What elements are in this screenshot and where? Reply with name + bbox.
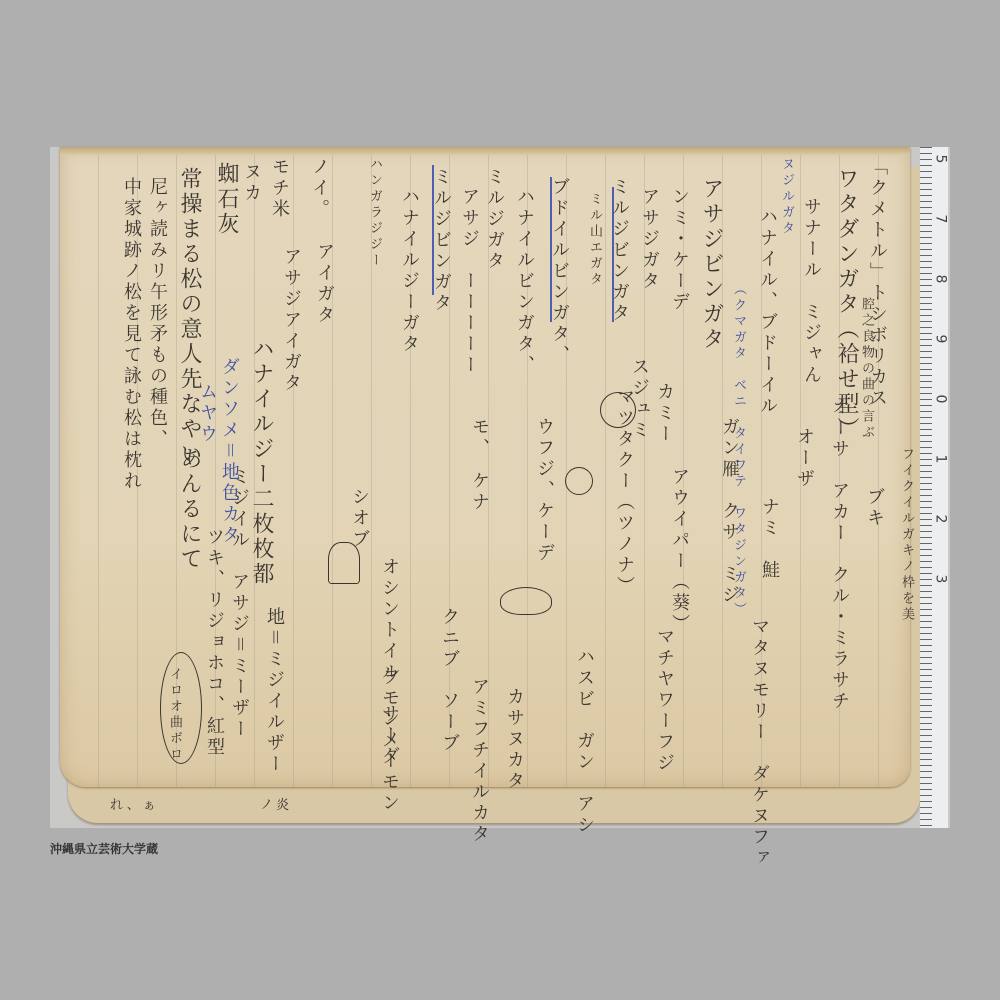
ruler-mark: 3 — [933, 575, 949, 584]
handwritten-column: ガン雁 クサ ミジ — [720, 417, 738, 606]
handwritten-column: 尼ヶ読みリ午形矛もの種色、 — [148, 177, 166, 450]
handwritten-column: イロオ曲ボロ — [168, 667, 181, 763]
ruler-mark: 2 — [933, 515, 949, 524]
notebook-page: 「クメトル」トシボリカスワタダンガタ（袷せ型）腔之良物の曲の言ぶサナール ミジャ… — [60, 147, 910, 787]
handwritten-column: カミー — [655, 382, 673, 445]
page-top-edge — [60, 147, 910, 155]
handwritten-column: クニブ ソーブ — [440, 607, 458, 754]
handwritten-column: モ、 ケナ — [470, 417, 488, 513]
handwritten-column: アサジアイガタ — [282, 247, 300, 394]
handwritten-column: オーザ — [795, 427, 813, 490]
handwritten-column: ハナイル、ブドーイル — [758, 207, 776, 417]
measurement-ruler: 57890123 — [920, 147, 948, 828]
handwritten-column: ハナイルジー二枚枚都 — [250, 337, 272, 587]
handwritten-column: アサジ ーーーーー — [460, 187, 478, 376]
handwritten-column: ブドイルビンガタ、 — [550, 177, 568, 366]
handwritten-column: サナール ミジャん — [802, 197, 820, 386]
bottom-note: れ、ぁ — [110, 799, 159, 812]
handwritten-column: ミルジビンガタ — [610, 177, 628, 324]
handwritten-column: アイガタ — [315, 242, 333, 326]
handwritten-column: ヌカ — [242, 162, 260, 204]
collection-credit: 沖縄県立芸術大学蔵 — [50, 840, 158, 857]
handwritten-column: ナミ 鮭 — [760, 497, 778, 581]
ruler-mark: 0 — [933, 395, 949, 404]
ruler-mark: 5 — [933, 155, 949, 164]
handwritten-column: 常操まる松の意人先なやい — [178, 167, 200, 467]
handwritten-column: オーサ アカー クル・ミラサチ — [830, 397, 848, 712]
handwritten-column: アサジビンガタ — [700, 177, 722, 352]
handwritten-column: ハンガラジジー — [368, 157, 381, 269]
ruler-mark: 8 — [933, 275, 949, 284]
handwritten-column: ヌジルガタ — [780, 157, 793, 237]
handwritten-column: マタヌモリー ダケヌファ — [750, 617, 768, 869]
handwritten-column: アウイパー（葵） — [670, 467, 688, 635]
handwritten-column: ハナイルビンガタ、 — [515, 187, 533, 376]
handwritten-column: ミジイル アサジ＝ミーザー — [230, 467, 248, 740]
handwritten-column: 中家城跡ノ松を見て詠む松は枕れ — [122, 177, 140, 492]
handwritten-column: カサヌカタ — [505, 687, 523, 792]
handwritten-column: アミフチイルカタ — [470, 677, 488, 845]
handwritten-column: ツキ、リジョホコ、紅型 — [205, 527, 223, 758]
handwritten-column: ミルジビンガタ — [432, 167, 450, 314]
handwritten-column: ハナイルジーガタ — [400, 187, 418, 355]
notebook-photograph: 「クメトル」トシボリカスワタダンガタ（袷せ型）腔之良物の曲の言ぶサナール ミジャ… — [50, 147, 950, 828]
handwritten-column: 腔之良物の曲の言ぶ — [860, 297, 873, 441]
handwritten-column: 地＝ミジイルザー — [265, 607, 283, 775]
ruler-mark: 7 — [933, 215, 949, 224]
bottom-note: ノ炎 — [260, 799, 292, 812]
handwritten-column: ブキ — [865, 487, 883, 529]
handwritten-column: 蜘石灰 — [215, 162, 237, 237]
ruler-mark: 9 — [933, 335, 949, 344]
handwritten-column: ヲモンメーモン — [380, 667, 398, 814]
handwritten-column: マツタクー（ツノナ） — [615, 387, 633, 597]
handwritten-column: ミルジガタ — [485, 167, 503, 272]
handwritten-column: あんるにて — [178, 447, 200, 572]
handwritten-column: ンミ・ケーデ — [670, 187, 688, 313]
handwritten-column: シオブ — [350, 487, 368, 550]
leaf-sketch-icon — [500, 587, 552, 615]
ruler-mark: 1 — [933, 455, 949, 464]
handwritten-column: ミル山エガタ — [588, 192, 601, 288]
handwritten-column: アサジガタ — [640, 187, 658, 292]
handwritten-column: ハスビ ガン アシ — [575, 647, 593, 836]
swirl-sketch-icon — [565, 467, 593, 495]
handwritten-column: フイクイルガキノ枠を美 — [900, 447, 913, 623]
handwritten-column: マチヤワーフジ — [655, 627, 673, 774]
handwritten-column: ノイ。 — [310, 157, 328, 220]
handwritten-column: モチ米 — [270, 157, 288, 220]
handwritten-column: ウフジ、ケーデ — [535, 417, 553, 564]
